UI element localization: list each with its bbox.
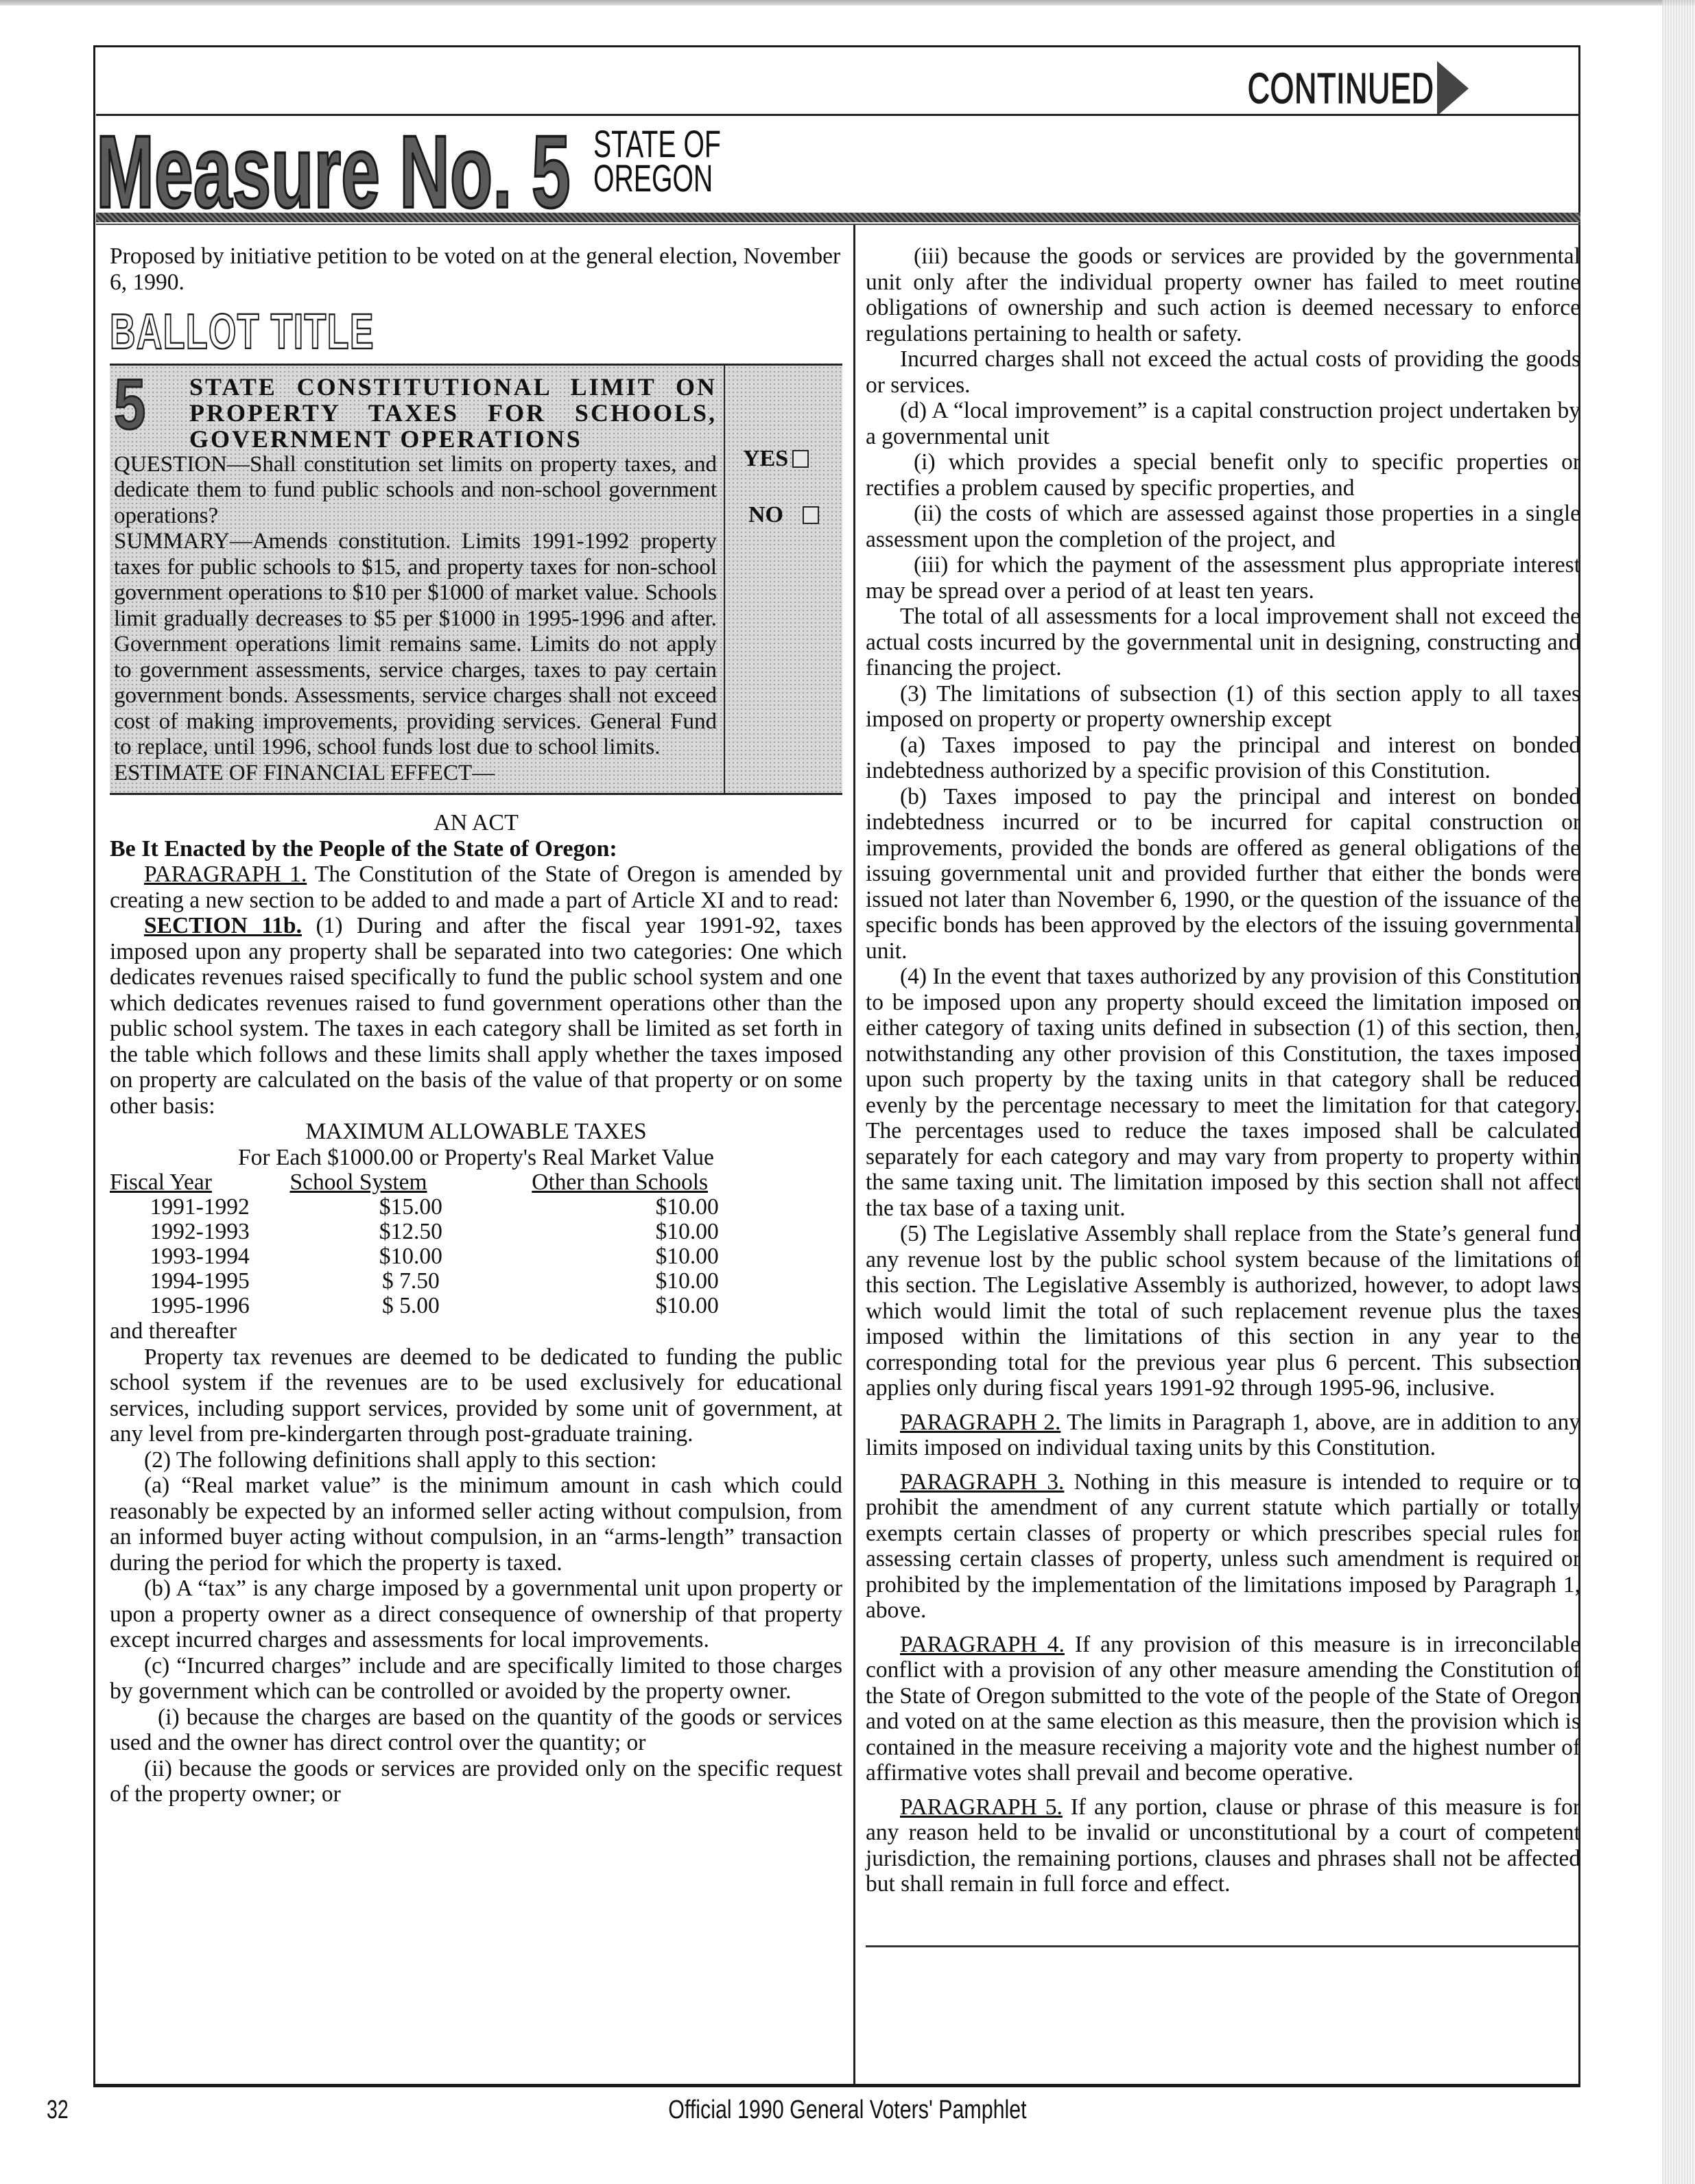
right-arrow-icon xyxy=(1437,61,1469,116)
paragraph-1-label: PARAGRAPH 1. xyxy=(144,862,307,887)
yes-checkbox[interactable] xyxy=(792,450,809,468)
paragraph-5-label: PARAGRAPH 5. xyxy=(900,1794,1063,1820)
state-label: STATE OF OREGON xyxy=(593,127,721,195)
no-checkbox[interactable] xyxy=(803,506,819,524)
max-taxes-table: Fiscal Year School System Other than Sch… xyxy=(110,1170,842,1318)
ballot-caption: STATE CONSTITUTIONAL LIMIT ON PROPERTY T… xyxy=(189,374,717,452)
paragraph-2: PARAGRAPH 2. The limits in Paragraph 1, … xyxy=(866,1410,1580,1461)
measure-title: Measure No. 5 xyxy=(96,120,571,223)
paragraph-4: PARAGRAPH 4. If any provision of this me… xyxy=(866,1632,1580,1786)
subsection-3a: (a) Taxes imposed to pay the principal a… xyxy=(866,733,1580,784)
table-row: 1991-1992 $15.00 $10.00 xyxy=(110,1195,842,1220)
table-row: 1994-1995 $ 7.50 $10.00 xyxy=(110,1269,842,1294)
subsection-2c-iii: (iii) because the goods or services are … xyxy=(866,244,1580,346)
continued-label: CONTINUED xyxy=(1248,64,1434,113)
left-column: Proposed by initiative petition to be vo… xyxy=(110,244,842,1807)
subsection-2c-i: (i) because the charges are based on the… xyxy=(110,1705,842,1756)
ballot-number: 5 xyxy=(114,374,174,436)
act-title: AN ACT xyxy=(110,810,842,836)
table-footnote: and thereafter xyxy=(110,1318,842,1344)
state-line-2: OREGON xyxy=(593,161,721,195)
bottom-rule xyxy=(93,2084,1580,2087)
header-fiscal-year: Fiscal Year xyxy=(110,1170,289,1195)
proposed-text: Proposed by initiative petition to be vo… xyxy=(110,244,842,295)
column-divider xyxy=(853,225,855,2086)
vote-yes[interactable]: YES xyxy=(743,431,842,487)
revenues-paragraph: Property tax revenues are deemed to be d… xyxy=(110,1344,842,1447)
ballot-summary: SUMMARY—Amends constitution. Limits 1991… xyxy=(114,529,717,761)
subsection-5: (5) The Legislative Assembly shall repla… xyxy=(866,1221,1580,1401)
subsection-2a: (a) “Real market value” is the minimum a… xyxy=(110,1473,842,1576)
vote-no-label: NO xyxy=(748,487,783,543)
cell-year: 1993-1994 xyxy=(110,1244,289,1269)
header-other-than-schools: Other than Schools xyxy=(532,1170,842,1195)
paragraph-3-label: PARAGRAPH 3. xyxy=(900,1469,1064,1495)
ballot-title-box: 5 STATE CONSTITUTIONAL LIMIT ON PROPERTY… xyxy=(110,364,842,796)
ballot-main: 5 STATE CONSTITUTIONAL LIMIT ON PROPERTY… xyxy=(110,366,725,794)
cell-school: $ 7.50 xyxy=(289,1269,532,1294)
paragraph-4-label: PARAGRAPH 4. xyxy=(900,1632,1065,1657)
header-school-system: School System xyxy=(289,1170,532,1195)
right-column: (iii) because the goods or services are … xyxy=(866,244,1580,1947)
cell-year: 1992-1993 xyxy=(110,1220,289,1244)
cell-year: 1991-1992 xyxy=(110,1195,289,1220)
enacting-clause: Be It Enacted by the People of the State… xyxy=(110,836,842,862)
incurred-charges-limit: Incurred charges shall not exceed the ac… xyxy=(866,346,1580,398)
ballot-question: QUESTION—Shall constitution set limits o… xyxy=(114,452,717,530)
table-row: 1995-1996 $ 5.00 $10.00 xyxy=(110,1294,842,1318)
subsection-2c: (c) “Incurred charges” include and are s… xyxy=(110,1653,842,1705)
subsection-3b: (b) Taxes imposed to pay the principal a… xyxy=(866,784,1580,964)
cell-other: $10.00 xyxy=(532,1195,842,1220)
table-header-row: Fiscal Year School System Other than Sch… xyxy=(110,1170,842,1195)
cell-other: $10.00 xyxy=(532,1269,842,1294)
header-rule-lower xyxy=(96,224,1580,225)
cell-school: $15.00 xyxy=(289,1195,532,1220)
vote-no[interactable]: NO xyxy=(743,487,842,543)
footer: Official 1990 General Voters' Pamphlet xyxy=(0,2096,1695,2125)
table-subtitle: For Each $1000.00 or Property's Real Mar… xyxy=(110,1145,842,1171)
paragraph-2-label: PARAGRAPH 2. xyxy=(900,1410,1060,1435)
cell-year: 1995-1996 xyxy=(110,1294,289,1318)
subsection-2d-ii: (ii) the costs of which are assessed aga… xyxy=(866,501,1580,552)
table-title: MAXIMUM ALLOWABLE TAXES xyxy=(110,1119,842,1145)
end-rule xyxy=(866,1945,1580,1947)
page-title: Measure No. 5 STATE OF OREGON xyxy=(96,120,794,216)
subsection-2b: (b) A “tax” is any charge imposed by a g… xyxy=(110,1576,842,1653)
paragraph-5: PARAGRAPH 5. If any portion, clause or p… xyxy=(866,1794,1580,1897)
section-11b: SECTION 11b. (1) During and after the fi… xyxy=(110,913,842,1119)
cell-other: $10.00 xyxy=(532,1220,842,1244)
section-11b-text: (1) During and after the fiscal year 199… xyxy=(110,913,842,1119)
cell-school: $10.00 xyxy=(289,1244,532,1269)
cell-school: $ 5.00 xyxy=(289,1294,532,1318)
subsection-2: (2) The following definitions shall appl… xyxy=(110,1447,842,1473)
ballot-vote-options: YES NO xyxy=(725,366,842,794)
scan-edge-top xyxy=(0,0,1695,5)
subsection-4: (4) In the event that taxes authorized b… xyxy=(866,964,1580,1221)
scan-edge-right xyxy=(1662,0,1695,2184)
table-row: 1992-1993 $12.50 $10.00 xyxy=(110,1220,842,1244)
cell-other: $10.00 xyxy=(532,1294,842,1318)
subsection-2d-iii: (iii) for which the payment of the asses… xyxy=(866,552,1580,604)
cell-other: $10.00 xyxy=(532,1244,842,1269)
vote-yes-label: YES xyxy=(743,431,788,487)
header-band xyxy=(96,213,1580,222)
subsection-2d: (d) A “local improvement” is a capital c… xyxy=(866,398,1580,449)
paragraph-1: PARAGRAPH 1. The Constitution of the Sta… xyxy=(110,862,842,913)
ballot-title-heading: BALLOT TITLE xyxy=(110,320,637,346)
subsection-3: (3) The limitations of subsection (1) of… xyxy=(866,681,1580,733)
continued-marker: CONTINUED xyxy=(1175,62,1469,115)
ballot-top: 5 STATE CONSTITUTIONAL LIMIT ON PROPERTY… xyxy=(114,374,717,452)
ballot-estimate: ESTIMATE OF FINANCIAL EFFECT— xyxy=(114,761,717,787)
subsection-2d-i: (i) which provides a special benefit onl… xyxy=(866,449,1580,501)
section-11b-label: SECTION 11b. xyxy=(144,913,302,938)
cell-year: 1994-1995 xyxy=(110,1269,289,1294)
assessments-total: The total of all assessments for a local… xyxy=(866,604,1580,681)
table-row: 1993-1994 $10.00 $10.00 xyxy=(110,1244,842,1269)
subsection-2c-ii: (ii) because the goods or services are p… xyxy=(110,1756,842,1807)
publication-title: Official 1990 General Voters' Pamphlet xyxy=(668,2096,1026,2125)
paragraph-3: PARAGRAPH 3. Nothing in this measure is … xyxy=(866,1469,1580,1624)
cell-school: $12.50 xyxy=(289,1220,532,1244)
